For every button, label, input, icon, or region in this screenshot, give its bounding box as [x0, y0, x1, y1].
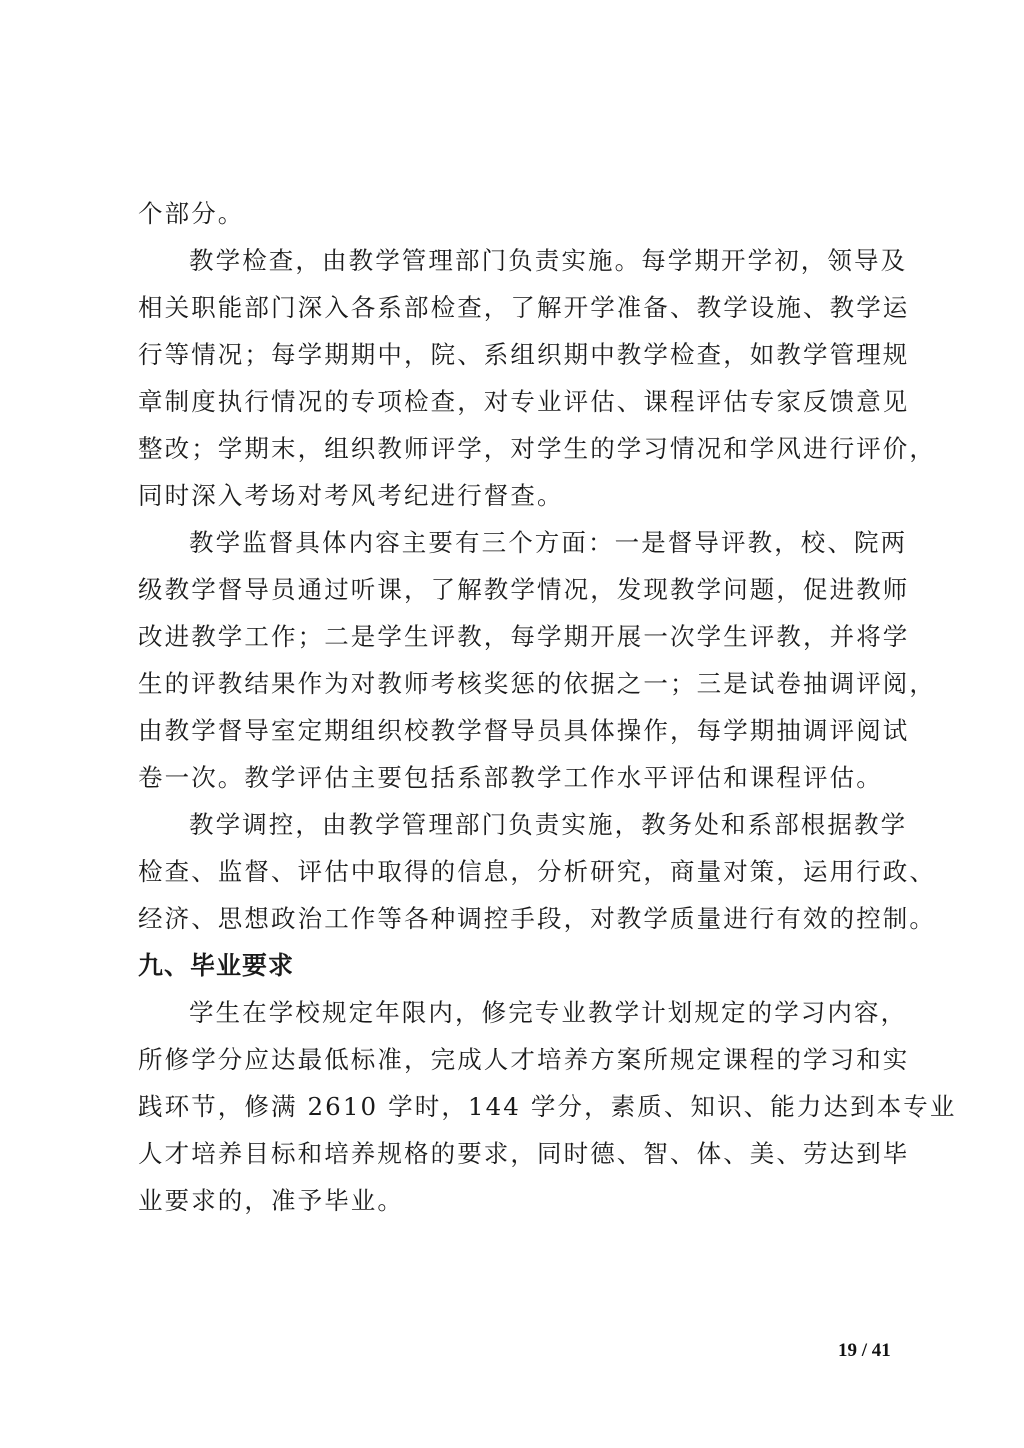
text-line: 个部分。: [138, 190, 888, 237]
paragraph-continuation: 个部分。: [138, 190, 888, 237]
text-line: 所修学分应达最低标准，完成人才培养方案所规定课程的学习和实: [138, 1036, 888, 1083]
text-line: 生的评教结果作为对教师考核奖惩的依据之一；三是试卷抽调评阅，: [138, 660, 888, 707]
text-line: 行等情况；每学期期中，院、系组织期中教学检查，如教学管理规: [138, 331, 888, 378]
text-line: 教学检查，由教学管理部门负责实施。每学期开学初，领导及: [138, 237, 888, 284]
text-line: 改进教学工作；二是学生评教，每学期开展一次学生评教，并将学: [138, 613, 888, 660]
text-line: 卷一次。教学评估主要包括系部教学工作水平评估和课程评估。: [138, 754, 888, 801]
text-line: 同时深入考场对考风考纪进行督查。: [138, 472, 888, 519]
document-page: 个部分。 教学检查，由教学管理部门负责实施。每学期开学初，领导及 相关职能部门深…: [0, 0, 1024, 1448]
text-line: 学生在学校规定年限内，修完专业教学计划规定的学习内容，: [138, 989, 888, 1036]
text-line: 整改；学期末，组织教师评学，对学生的学习情况和学风进行评价，: [138, 425, 888, 472]
text-line: 人才培养目标和培养规格的要求，同时德、智、体、美、劳达到毕: [138, 1130, 888, 1177]
text-line: 检查、监督、评估中取得的信息，分析研究，商量对策，运用行政、: [138, 848, 888, 895]
text-line: 教学调控，由教学管理部门负责实施，教务处和系部根据教学: [138, 801, 888, 848]
document-body: 个部分。 教学检查，由教学管理部门负责实施。每学期开学初，领导及 相关职能部门深…: [138, 190, 888, 1224]
section-heading: 九、毕业要求: [138, 942, 888, 989]
text-line: 业要求的，准予毕业。: [138, 1177, 888, 1224]
paragraph-teaching-control: 教学调控，由教学管理部门负责实施，教务处和系部根据教学 检查、监督、评估中取得的…: [138, 801, 888, 942]
text-line: 相关职能部门深入各系部检查，了解开学准备、教学设施、教学运: [138, 284, 888, 331]
paragraph-teaching-inspection: 教学检查，由教学管理部门负责实施。每学期开学初，领导及 相关职能部门深入各系部检…: [138, 237, 888, 519]
text-line: 经济、思想政治工作等各种调控手段，对教学质量进行有效的控制。: [138, 895, 888, 942]
text-line: 践环节，修满 2610 学时，144 学分，素质、知识、能力达到本专业: [138, 1083, 888, 1130]
paragraph-teaching-supervision: 教学监督具体内容主要有三个方面：一是督导评教，校、院两 级教学督导员通过听课，了…: [138, 519, 888, 801]
text-line: 教学监督具体内容主要有三个方面：一是督导评教，校、院两: [138, 519, 888, 566]
paragraph-graduation-requirements: 学生在学校规定年限内，修完专业教学计划规定的学习内容， 所修学分应达最低标准，完…: [138, 989, 888, 1224]
text-line: 章制度执行情况的专项检查，对专业评估、课程评估专家反馈意见: [138, 378, 888, 425]
text-line: 级教学督导员通过听课，了解教学情况，发现教学问题，促进教师: [138, 566, 888, 613]
page-number: 19 / 41: [838, 1340, 891, 1362]
text-line: 由教学督导室定期组织校教学督导员具体操作，每学期抽调评阅试: [138, 707, 888, 754]
